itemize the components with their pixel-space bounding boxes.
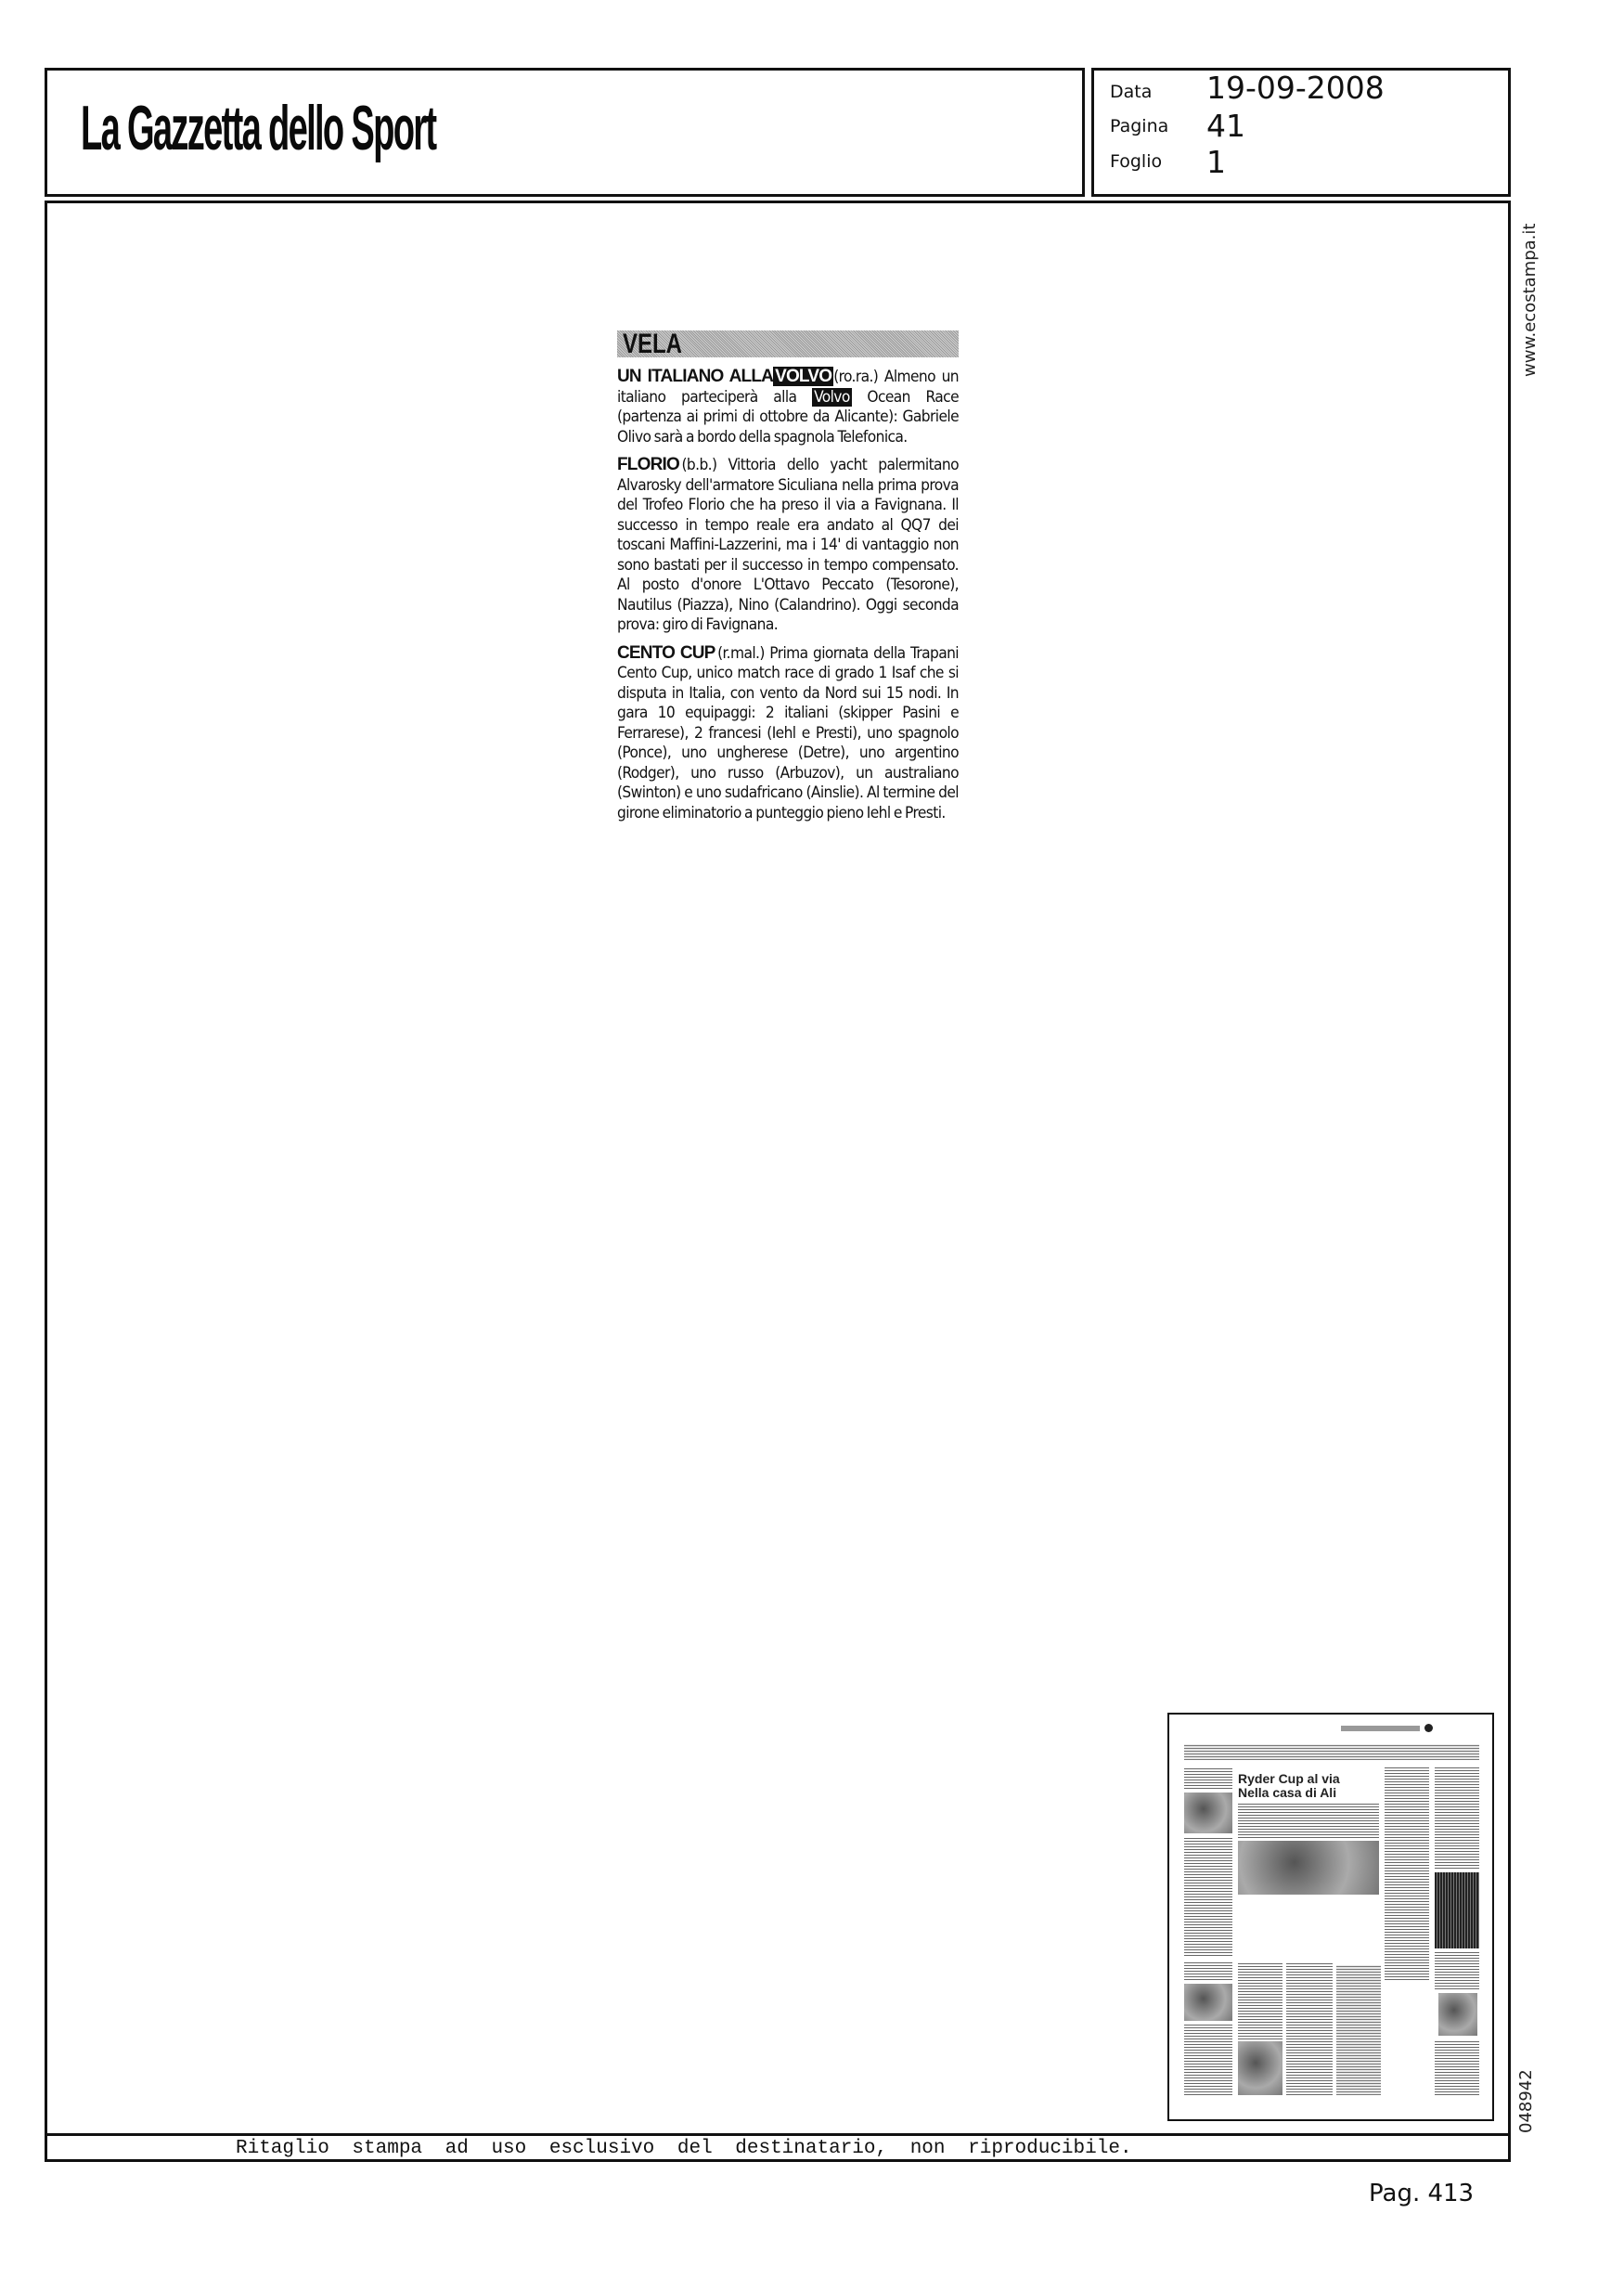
section-banner: VELA <box>617 330 959 357</box>
thumb-page-info <box>1341 1726 1420 1731</box>
thumb-photo <box>1238 2041 1282 2095</box>
thumb-photo <box>1184 1984 1232 2021</box>
website-vertical-text: www.ecostampa.it <box>1520 224 1540 377</box>
paragraph-kicker: CENTO CUP <box>617 643 715 663</box>
paragraph-kicker: UN ITALIANO ALLA <box>617 367 773 386</box>
page-thumbnail: Ryder Cup al via Nella casa di Ali <box>1167 1713 1494 2121</box>
article-paragraph: CENTO CUP (r.mal.) Prima giornata della … <box>617 643 959 824</box>
thumb-section-banner <box>1184 1744 1479 1760</box>
footer-notice: Ritaglio stampa ad uso esclusivo del des… <box>236 2138 1442 2159</box>
paragraph-kicker: FLORIO <box>617 455 679 474</box>
thumb-photo <box>1438 1993 1477 2036</box>
thumb-text-block <box>1184 1837 1232 1956</box>
thumb-page-number-icon <box>1424 1724 1433 1732</box>
meta-value-foglio: 1 <box>1206 147 1226 177</box>
thumb-dark-box <box>1435 1872 1479 1948</box>
thumb-text-block <box>1435 1952 1479 1989</box>
meta-label-pagina: Pagina <box>1110 116 1168 136</box>
newspaper-logo: La Gazzetta dello Sport <box>81 97 435 160</box>
meta-label-foglio: Foglio <box>1110 151 1162 172</box>
article-paragraph: FLORIO (b.b.) Vittoria dello yacht paler… <box>617 455 959 636</box>
footer-divider <box>45 2133 1511 2136</box>
thumb-main-photo <box>1238 1841 1379 1895</box>
meta-value-pagina: 41 <box>1206 110 1245 141</box>
meta-value-data: 19-09-2008 <box>1206 72 1385 103</box>
page-number: Pag. 413 <box>1369 2180 1474 2207</box>
article-column: VELA UN ITALIANO ALLAVOLVO(ro.ra.) Almen… <box>617 330 959 823</box>
thumb-text-block <box>1184 1961 1232 1980</box>
thumb-text-block <box>1238 1803 1379 1838</box>
thumb-text-block <box>1435 1767 1479 1869</box>
text-highlight: Volvo <box>812 388 852 407</box>
thumb-text-block <box>1435 2039 1479 2095</box>
paragraph-text: Vittoria dello yacht palermitano Alvaros… <box>617 456 959 634</box>
section-title: VELA <box>623 329 682 360</box>
thumb-text-block <box>1184 2025 1232 2095</box>
paragraph-text: Prima giornata della Trapani Cento Cup, … <box>617 644 959 822</box>
thumb-text-block <box>1184 1767 1232 1789</box>
byline: (b.b.) <box>681 456 716 474</box>
meta-label-data: Data <box>1110 82 1152 102</box>
thumb-photo <box>1184 1793 1232 1833</box>
thumb-headline: Ryder Cup al via Nella casa di Ali <box>1238 1772 1386 1800</box>
thumb-text-block <box>1385 1767 1429 1980</box>
thumb-advert <box>1336 1965 1381 2095</box>
byline: (ro.ra.) <box>833 368 878 386</box>
article-paragraph: UN ITALIANO ALLAVOLVO(ro.ra.) Almeno un … <box>617 367 959 447</box>
kicker-highlight: VOLVO <box>773 367 833 386</box>
byline: (r.mal.) <box>717 644 765 663</box>
clipping-code-vertical: 048942 <box>1516 2069 1536 2133</box>
thumb-text-block <box>1286 1961 1333 2095</box>
